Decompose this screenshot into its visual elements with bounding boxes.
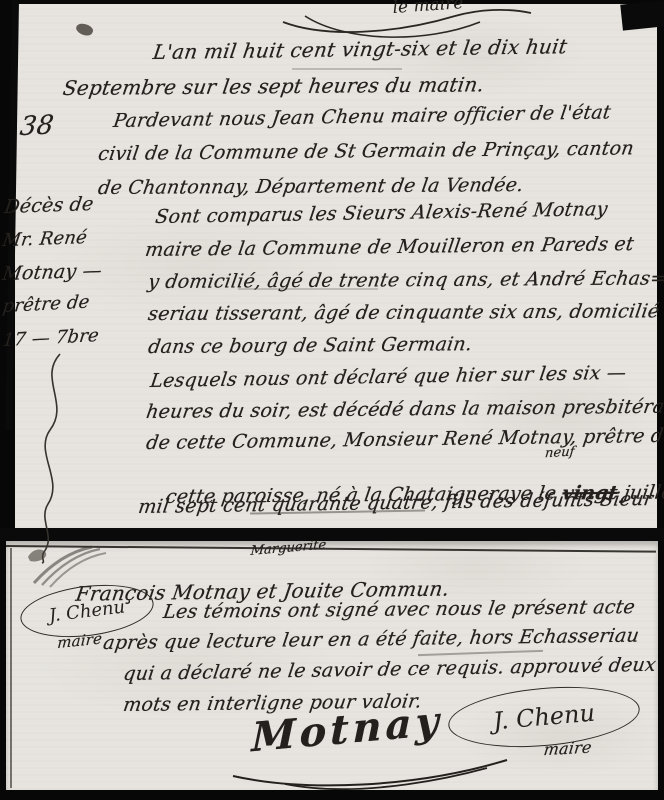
stray-stroke bbox=[292, 68, 402, 70]
manuscript-line: Septembre sur les sept heures du matin. bbox=[61, 72, 486, 100]
manuscript-line: seriau tisserant, âgé de cinquante six a… bbox=[147, 300, 661, 325]
manuscript-line: y domicilié, âgé de trente cinq ans, et … bbox=[147, 267, 664, 293]
stray-stroke bbox=[238, 288, 378, 290]
header-signature-flourish: le maire bbox=[275, 0, 540, 40]
scan-corner-dark bbox=[620, 0, 664, 31]
margin-act-number: 38 bbox=[18, 110, 55, 142]
signature-title-maire: maire bbox=[543, 737, 593, 759]
margin-note-line: Mr. René bbox=[1, 227, 88, 251]
signature-name: J. Chenu bbox=[492, 699, 596, 736]
header-flourish-word: le maire bbox=[392, 0, 464, 18]
manuscript-line: dans ce bourg de Saint Germain. bbox=[147, 333, 474, 358]
document-scan: le maire 38 Décès de Mr. René Motnay — p… bbox=[0, 0, 664, 800]
manuscript-line: de Chantonnay, Département de la Vendée. bbox=[97, 174, 525, 199]
margin-brace-flourish bbox=[30, 352, 76, 564]
margin-note-line: Motnay — bbox=[1, 260, 104, 286]
interlined-word: neuf bbox=[544, 444, 575, 461]
margin-note-line: Décès de bbox=[3, 193, 95, 218]
signature-name: J. Chenu bbox=[48, 596, 126, 626]
signature-underline-flourish bbox=[225, 756, 515, 796]
page-edge-line-left bbox=[10, 548, 12, 788]
